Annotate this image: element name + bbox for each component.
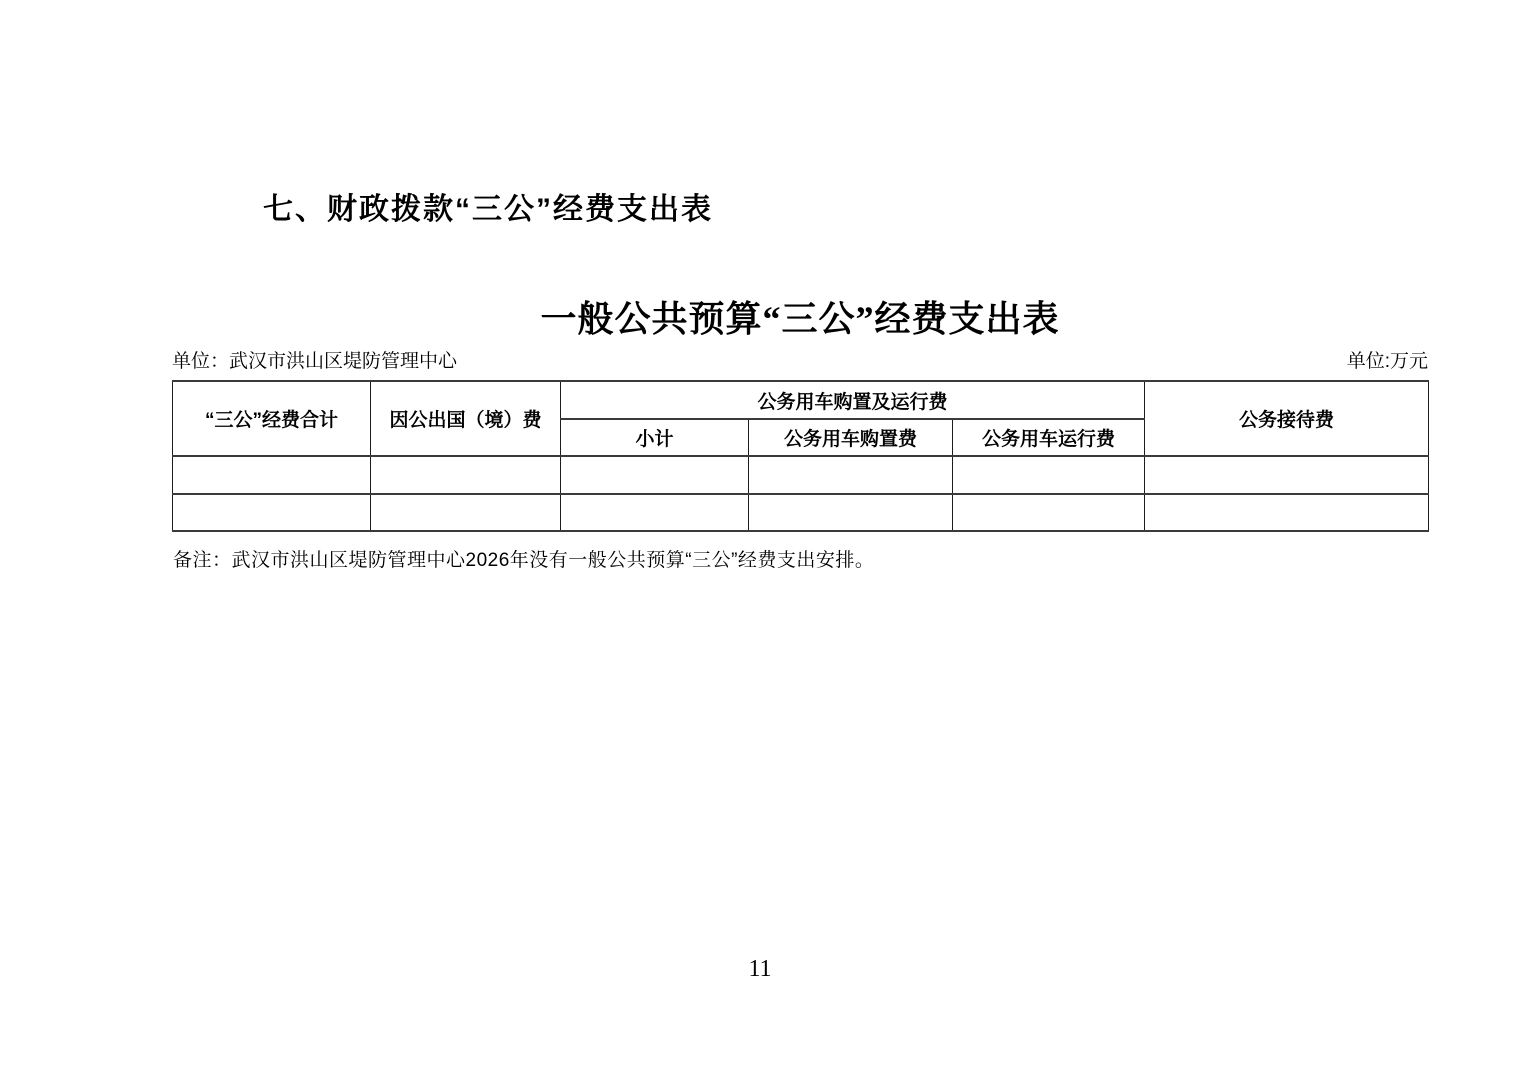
table-cell	[371, 456, 561, 494]
table-row	[173, 494, 1429, 531]
table-cell	[749, 456, 953, 494]
header-cell-vehicle-group: 公务用车购置及运行费	[561, 381, 1145, 419]
table-cell	[173, 456, 371, 494]
unit-line: 单位：武汉市洪山区堤防管理中心 单位:万元	[172, 349, 1428, 376]
table-cell	[953, 456, 1145, 494]
table-cell	[173, 494, 371, 531]
remarks-note: 备注：武汉市洪山区堤防管理中心2026年没有一般公共预算“三公”经费支出安排。	[173, 545, 874, 572]
table-cell	[1145, 456, 1429, 494]
table-row	[173, 456, 1429, 494]
unit-label-right: 单位:万元	[1347, 349, 1428, 376]
table-cell	[1145, 494, 1429, 531]
header-cell-abroad: 因公出国（境）费	[371, 381, 561, 456]
table-cell	[749, 494, 953, 531]
table-cell	[561, 494, 749, 531]
sangong-expense-table: “三公”经费合计 因公出国（境）费 公务用车购置及运行费 公务接待费 小计 公务…	[172, 380, 1429, 532]
table-cell	[561, 456, 749, 494]
header-row-top: “三公”经费合计 因公出国（境）费 公务用车购置及运行费 公务接待费	[173, 381, 1429, 419]
section-heading: 七、财政拨款“三公”经费支出表	[263, 184, 713, 228]
unit-label-left: 单位：武汉市洪山区堤防管理中心	[172, 349, 457, 376]
header-cell-vehicle-subtotal: 小计	[561, 419, 749, 456]
header-cell-total: “三公”经费合计	[173, 381, 371, 456]
header-cell-vehicle-purchase: 公务用车购置费	[749, 419, 953, 456]
header-cell-reception: 公务接待费	[1145, 381, 1429, 456]
table-title: 一般公共预算“三公”经费支出表	[172, 291, 1428, 342]
page-number: 11	[0, 956, 1520, 983]
table-cell	[953, 494, 1145, 531]
header-cell-vehicle-operation: 公务用车运行费	[953, 419, 1145, 456]
document-page: { "page": { "section_heading": "七、财政拨款“三…	[0, 0, 1520, 1074]
table-cell	[371, 494, 561, 531]
